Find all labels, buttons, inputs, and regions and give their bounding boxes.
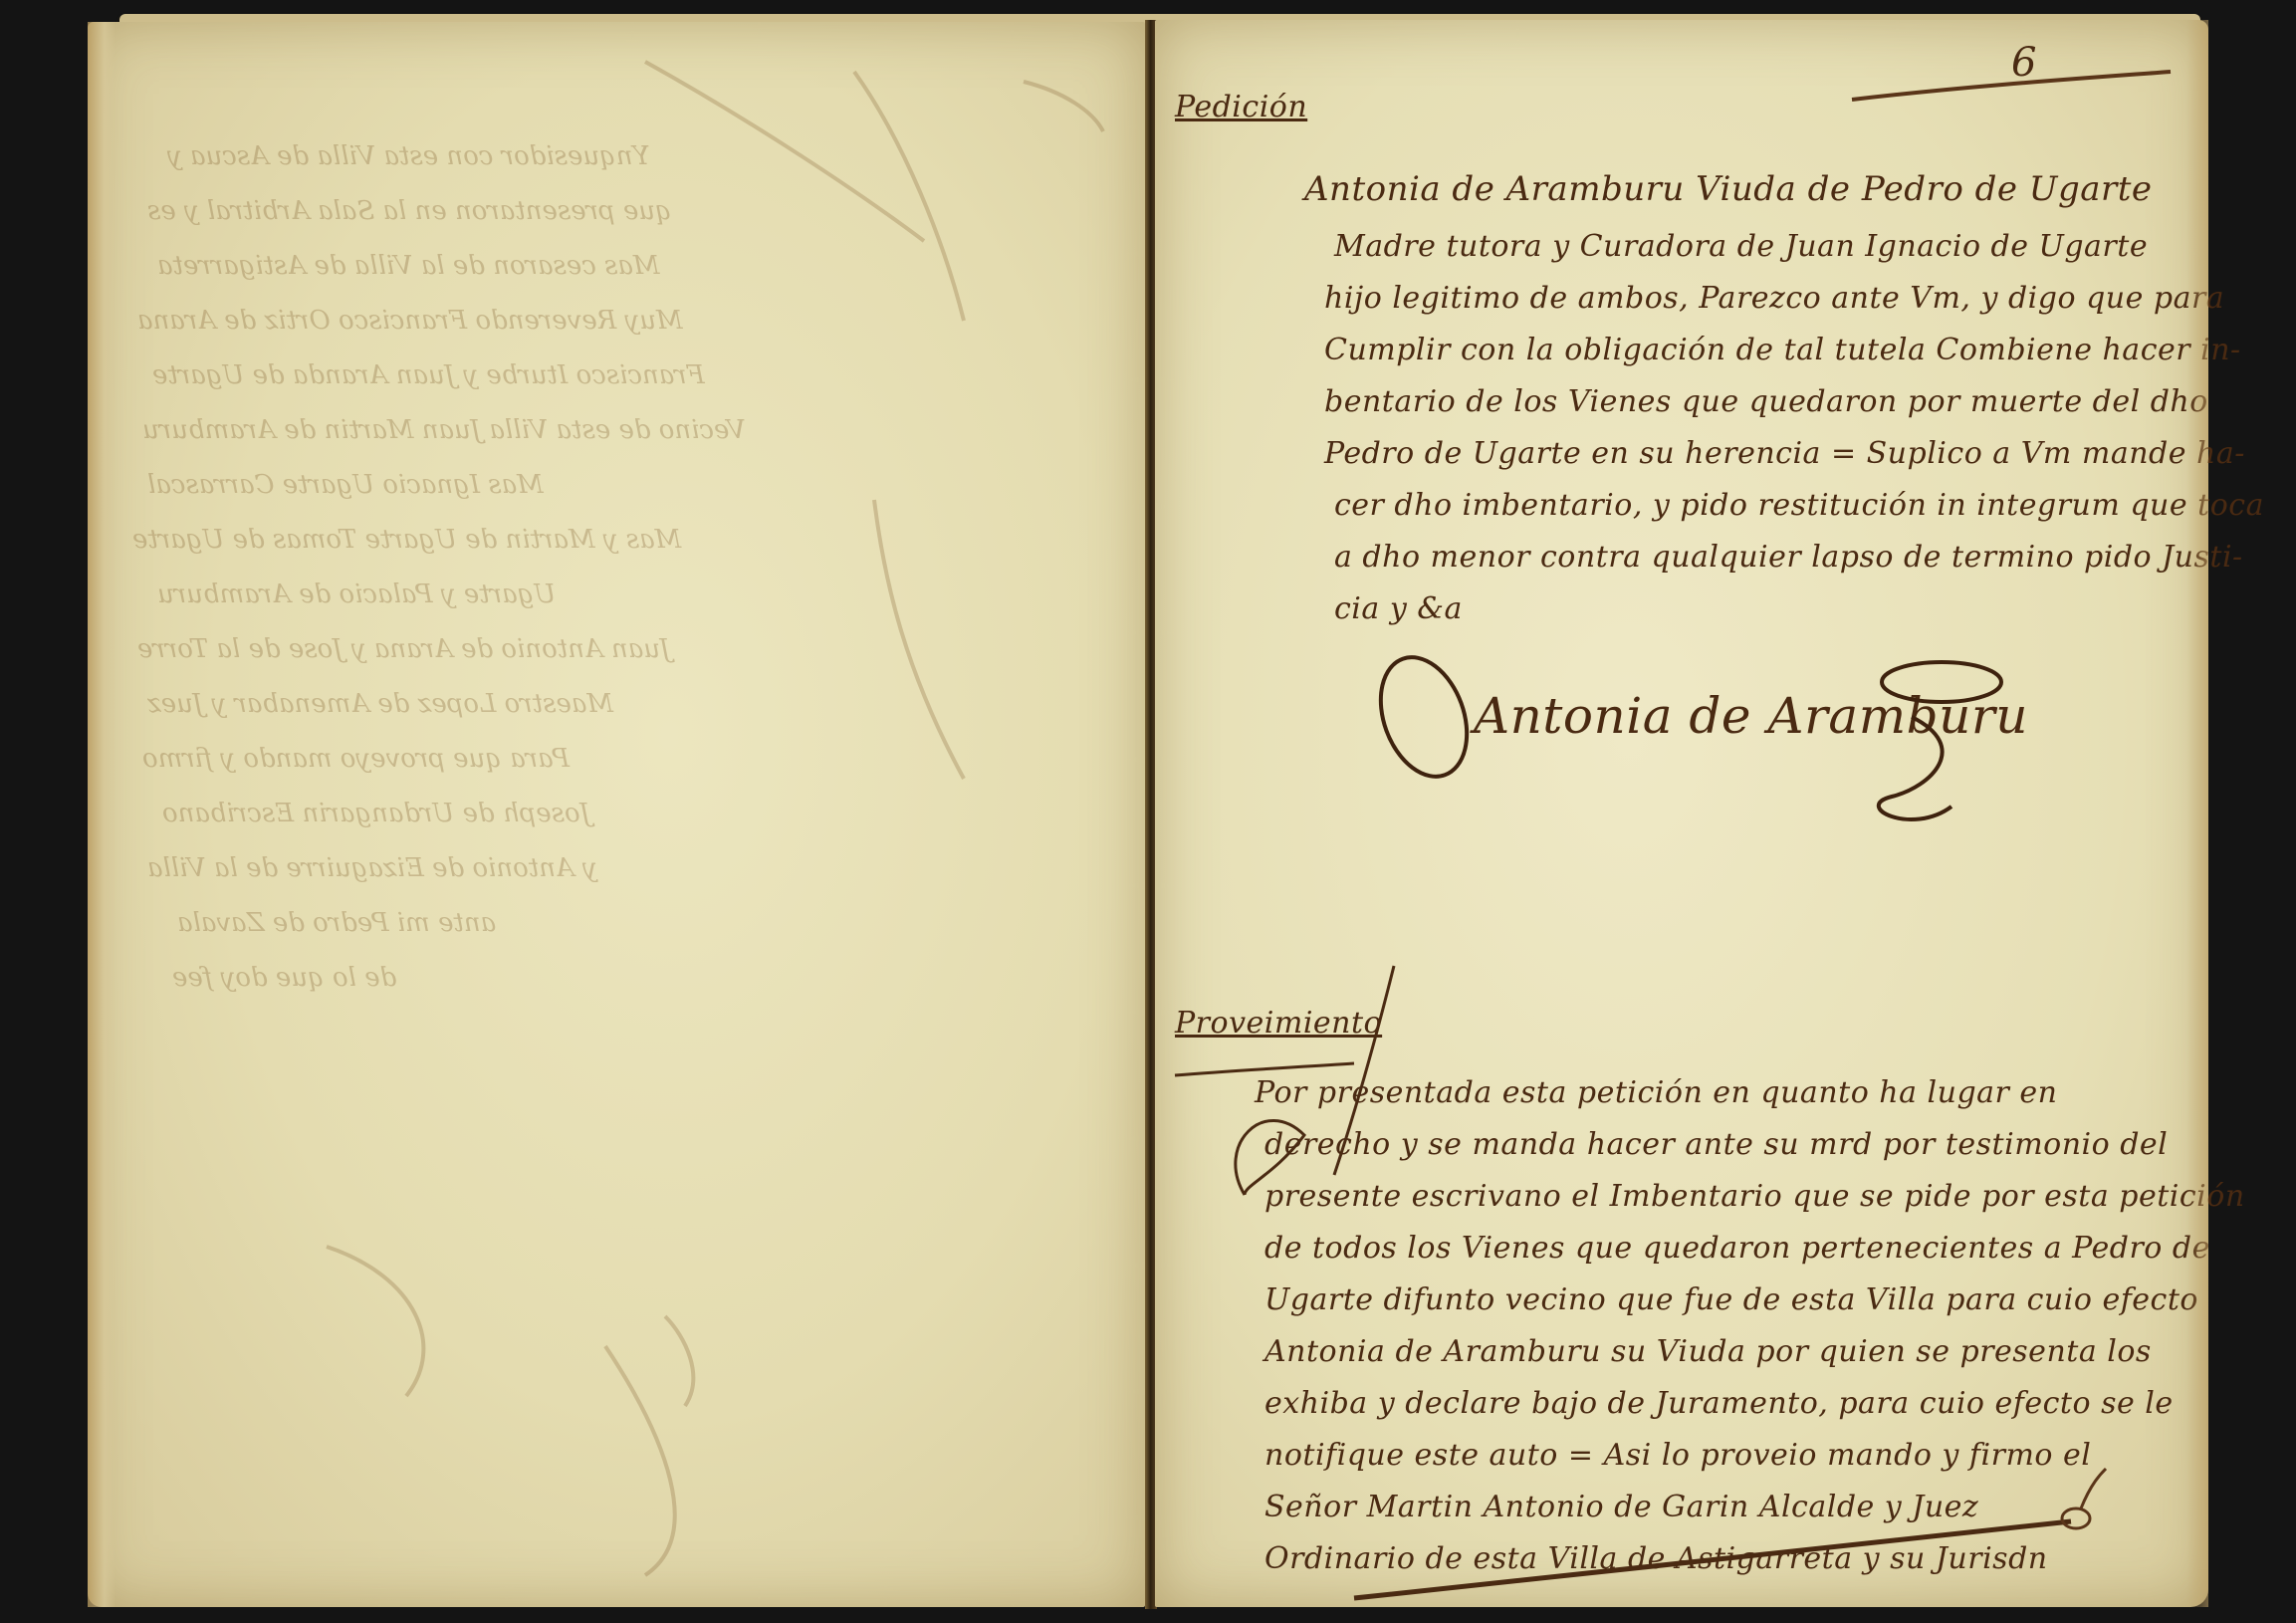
right-page: 6 Pedición Antonia de Aramburu Viuda de … [1155,20,2208,1607]
closing-rule [1155,20,2208,1607]
ghost-flourishes [88,22,1145,1607]
left-page: Ynquesidor con esta Villa de Ascua y que… [88,22,1145,1607]
